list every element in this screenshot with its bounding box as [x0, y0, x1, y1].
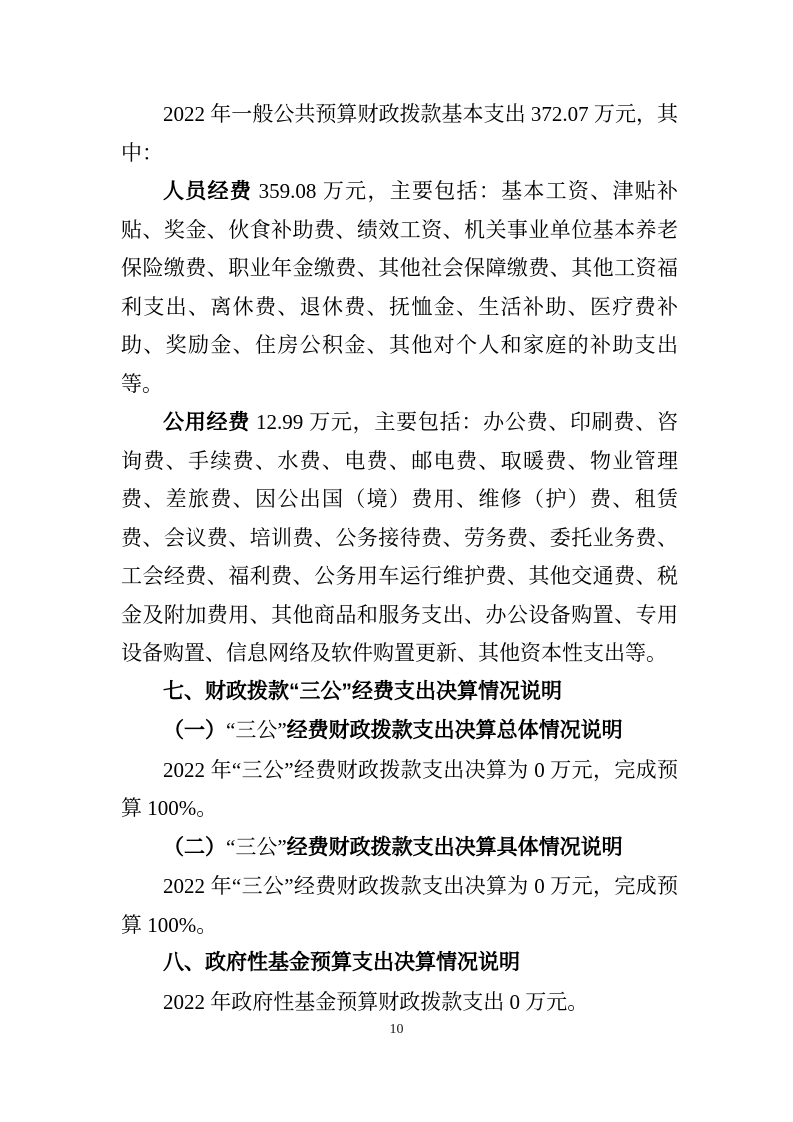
paragraph-basic-expenditure: 2022 年一般公共预算财政拨款基本支出 372.07 万元，其中：	[121, 95, 678, 172]
heading-section-seven-sub2: （二）“三公”经费财政拨款支出决算具体情况说明	[121, 828, 678, 868]
paragraph-seven-sub2: 2022 年“三公”经费财政拨款支出决算为 0 万元，完成预算 100%。	[121, 867, 678, 944]
document-body: 2022 年一般公共预算财政拨款基本支出 372.07 万元，其中： 人员经费 …	[121, 95, 678, 1021]
personnel-funds-label: 人员经费	[163, 179, 252, 203]
paragraph-seven-sub1: 2022 年“三公”经费财政拨款支出决算为 0 万元，完成预算 100%。	[121, 751, 678, 828]
heading-seven-sub2-quoted-term: “三公”	[226, 835, 287, 859]
page-number: 10	[0, 1022, 793, 1038]
heading-section-seven-sub1: （一）“三公”经费财政拨款支出决算总体情况说明	[121, 711, 678, 751]
paragraph-personnel-funds: 人员经费 359.08 万元，主要包括：基本工资、津贴补贴、奖金、伙食补助费、绩…	[121, 172, 678, 403]
public-funds-text: 12.99 万元，主要包括：办公费、印刷费、咨询费、手续费、水费、电费、邮电费、…	[121, 410, 678, 665]
personnel-funds-text: 359.08 万元，主要包括：基本工资、津贴补贴、奖金、伙食补助费、绩效工资、机…	[121, 179, 678, 396]
heading-seven-sub1-quoted-term: “三公”	[226, 718, 287, 742]
paragraph-public-funds: 公用经费 12.99 万元，主要包括：办公费、印刷费、咨询费、手续费、水费、电费…	[121, 403, 678, 673]
paragraph-eight: 2022 年政府性基金预算财政拨款支出 0 万元。	[121, 983, 678, 1022]
heading-seven-sub1-numbering: （一）	[163, 719, 226, 742]
heading-seven-sub1-text: 经费财政拨款支出决算总体情况说明	[287, 719, 623, 742]
heading-section-eight: 八、政府性基金预算支出决算情况说明	[121, 944, 678, 983]
public-funds-label: 公用经费	[163, 410, 250, 434]
document-page: 2022 年一般公共预算财政拨款基本支出 372.07 万元，其中： 人员经费 …	[0, 0, 793, 1122]
heading-seven-sub2-numbering: （二）	[163, 836, 226, 859]
heading-section-seven: 七、财政拨款“三公”经费支出决算情况说明	[121, 673, 678, 712]
heading-seven-sub2-text: 经费财政拨款支出决算具体情况说明	[287, 836, 623, 859]
